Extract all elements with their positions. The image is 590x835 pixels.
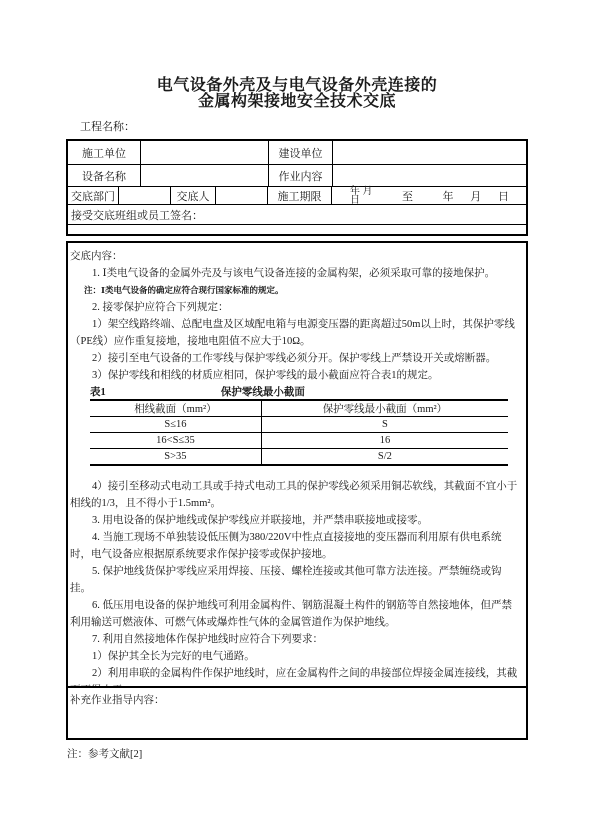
disclosure-content: 交底内容： 1. Ⅰ类电气设备的金属外壳及与该电气设备连接的金属构架，必须采取可… [68,243,526,686]
signature-space [68,224,526,234]
paragraph: 4. 当施工现场不单独装设低压侧为380/220V中性点直接接地的变压器而利用原… [70,529,518,563]
construction-period-value: 年 月 日 至 年 月 日 [331,187,526,204]
paragraph: 6. 低压用电设备的保护地线可利用金属构件、钢筋混凝土构件的钢筋等自然接地体，但… [70,597,518,631]
paragraph: 2. 接零保护应符合下列规定： [70,299,518,316]
period-to-label: 至 [402,188,413,204]
supplement-heading: 补充作业指导内容： [70,695,165,706]
signature-label: 接受交底班组或员工签名： [71,207,203,223]
table1-cell: 16<S≤35 [90,433,261,449]
table1-cell: S>35 [90,449,261,465]
work-content-label: 作业内容 [268,165,332,186]
paragraph: 5. 保护地线货保护零线应采用焊接、压接、螺栓连接或其他可靠方法连接。严禁缠绕或… [70,563,518,597]
table1-cell: S/2 [261,449,508,465]
table-row: S>35 S/2 [90,449,508,465]
document-title-line1: 电气设备外壳及与电气设备外壳连接的 [66,78,528,94]
paragraph: 1）保护其全长为完好的电气通路。 [70,648,518,665]
paragraph-note: 注：Ⅰ类电气设备的确定应符合现行国家标准的规定。 [70,282,518,299]
paragraph: 3）保护零线和相线的材质应相同，保护零线的最小截面应符合表1的规定。 [70,367,518,384]
table-row: 16<S≤35 16 [90,433,508,449]
paragraph: 1）架空线路终端、总配电盘及区域配电箱与电源变压器的距离超过50m以上时，其保护… [70,316,518,350]
disclosure-content-box: 交底内容： 1. Ⅰ类电气设备的金属外壳及与该电气设备连接的金属构架，必须采取可… [66,241,528,740]
table1-col2-header: 保护零线最小截面（mm²） [261,400,508,417]
signature-row: 接受交底班组或员工签名： [68,204,526,224]
construction-period-label: 施工期限 [267,187,331,204]
project-name-label: 工程名称： [66,118,528,134]
paragraph: 2）接引至电气设备的工作零线与保护零线必须分开。保护零线上严禁设开关或熔断器。 [70,350,518,367]
table1-cell: 16 [261,433,508,449]
table-row: S≤16 S [90,417,508,433]
paragraph: 1. Ⅰ类电气设备的金属外壳及与该电气设备连接的金属构架，必须采取可靠的接地保护… [70,265,518,282]
period-end-date: 年 月 日 [443,188,517,204]
construction-unit-value [140,141,268,164]
supplement-section: 补充作业指导内容： [68,686,526,738]
info-row-2: 设备名称 作业内容 [68,164,526,186]
paragraph: 4）接引至移动式电动工具或手持式电动工具的保护零线必须采用铜芯软线，其截面不宜小… [70,478,518,512]
document-page: 电气设备外壳及与电气设备外壳连接的 金属构架接地安全技术交底 工程名称： 施工单… [0,0,590,761]
paragraph: 7. 利用自然接地体作保护地线时应符合下列要求： [70,631,518,648]
work-content-value [332,165,526,186]
table1-cell: S [261,417,508,433]
table1-cell: S≤16 [90,417,261,433]
info-row-1: 施工单位 建设单位 [68,141,526,164]
discloser-value [215,187,267,204]
document-title: 电气设备外壳及与电气设备外壳连接的 金属构架接地安全技术交底 [66,78,528,110]
table1-caption: 表1 保护零线最小截面 [90,386,508,399]
owner-unit-label: 建设单位 [268,141,332,164]
table1-header-row: 相线截面（mm²） 保护零线最小截面（mm²） [90,400,508,417]
disclosure-dept-label: 交底部门 [68,187,118,204]
paragraph: 3. 用电设备的保护地线或保护零线应并联接地，并严禁串联接地或接零。 [70,512,518,529]
table1-wrapper: 表1 保护零线最小截面 相线截面（mm²） 保护零线最小截面（mm²） S≤16… [90,386,508,466]
min-section-table: 相线截面（mm²） 保护零线最小截面（mm²） S≤16 S 16<S≤35 1… [90,399,508,466]
info-row-3: 交底部门 交底人 施工期限 年 月 日 至 年 月 日 [68,186,526,204]
equipment-name-label: 设备名称 [68,165,140,186]
period-start-date: 年 月 日 [350,187,373,205]
discloser-label: 交底人 [170,187,215,204]
table1-caption-title: 保护零线最小截面 [106,386,508,399]
owner-unit-value [332,141,526,164]
reference-note: 注：参考文献[2] [66,746,528,761]
paragraph: 2）利用串联的金属构件作保护地线时，应在金属构件之间的串接部位焊接金属连接线，其… [70,665,518,687]
header-info-table: 施工单位 建设单位 设备名称 作业内容 交底部门 交底人 施工期限 年 月 日 … [66,139,528,236]
equipment-name-value [140,165,268,186]
disclosure-dept-value [118,187,170,204]
construction-unit-label: 施工单位 [68,141,140,164]
document-title-line2: 金属构架接地安全技术交底 [66,94,528,110]
disclosure-content-heading: 交底内容： [70,248,518,265]
table1-col1-header: 相线截面（mm²） [90,400,261,417]
table1-caption-label: 表1 [90,386,106,399]
